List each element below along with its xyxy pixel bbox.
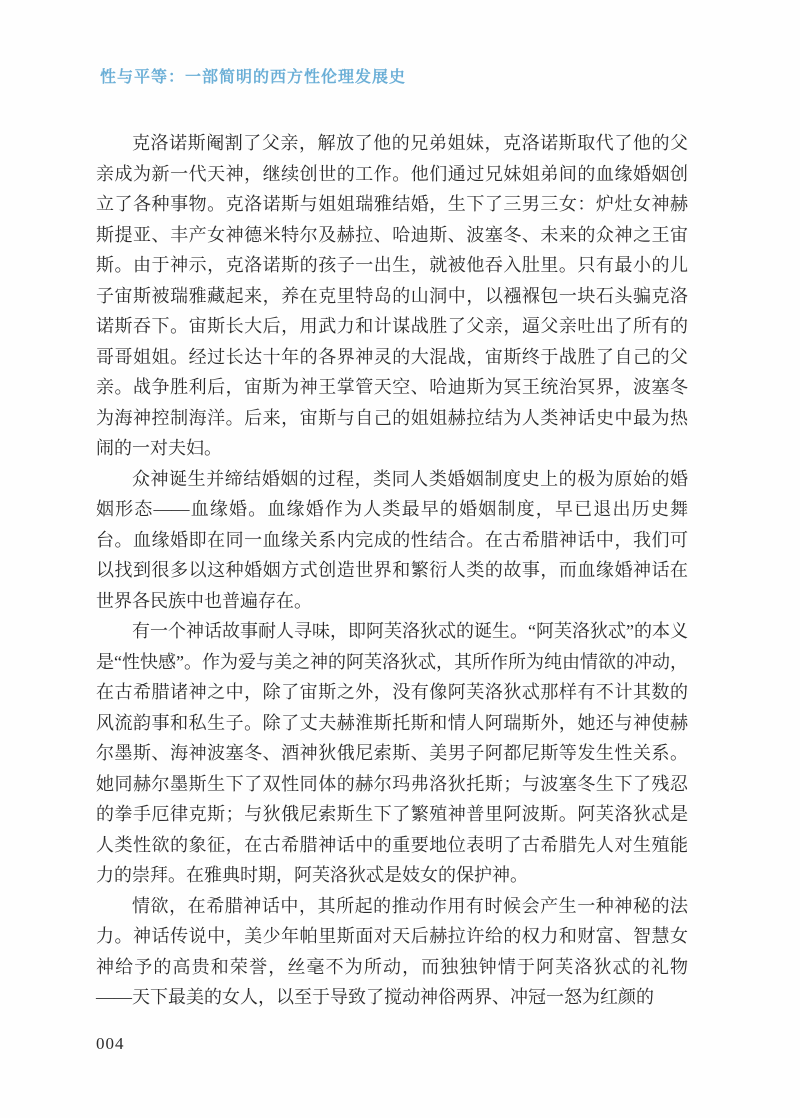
body-paragraph: 情欲，在希腊神话中，其所起的推动作用有时候会产生一种神秘的法力。神话传说中，美少… [96,891,688,1013]
body-paragraph: 众神诞生并缔结婚姻的过程，类同人类婚姻制度史上的极为原始的婚姻形态——血缘婚。血… [96,464,688,617]
page-number: 004 [96,1034,125,1054]
body-paragraph: 有一个神话故事耐人寻味，即阿芙洛狄忒的诞生。“阿芙洛狄忒”的本义是“性快感”。作… [96,616,688,891]
book-page: 性与平等：一部简明的西方性伦理发展史 克洛诺斯阉割了父亲，解放了他的兄弟姐妹，克… [0,0,800,1118]
page-body-text: 克洛诺斯阉割了父亲，解放了他的兄弟姐妹，克洛诺斯取代了他的父亲成为新一代天神，继… [96,128,688,1013]
body-paragraph: 克洛诺斯阉割了父亲，解放了他的兄弟姐妹，克洛诺斯取代了他的父亲成为新一代天神，继… [96,128,688,464]
running-header-title: 性与平等：一部简明的西方性伦理发展史 [100,64,660,87]
